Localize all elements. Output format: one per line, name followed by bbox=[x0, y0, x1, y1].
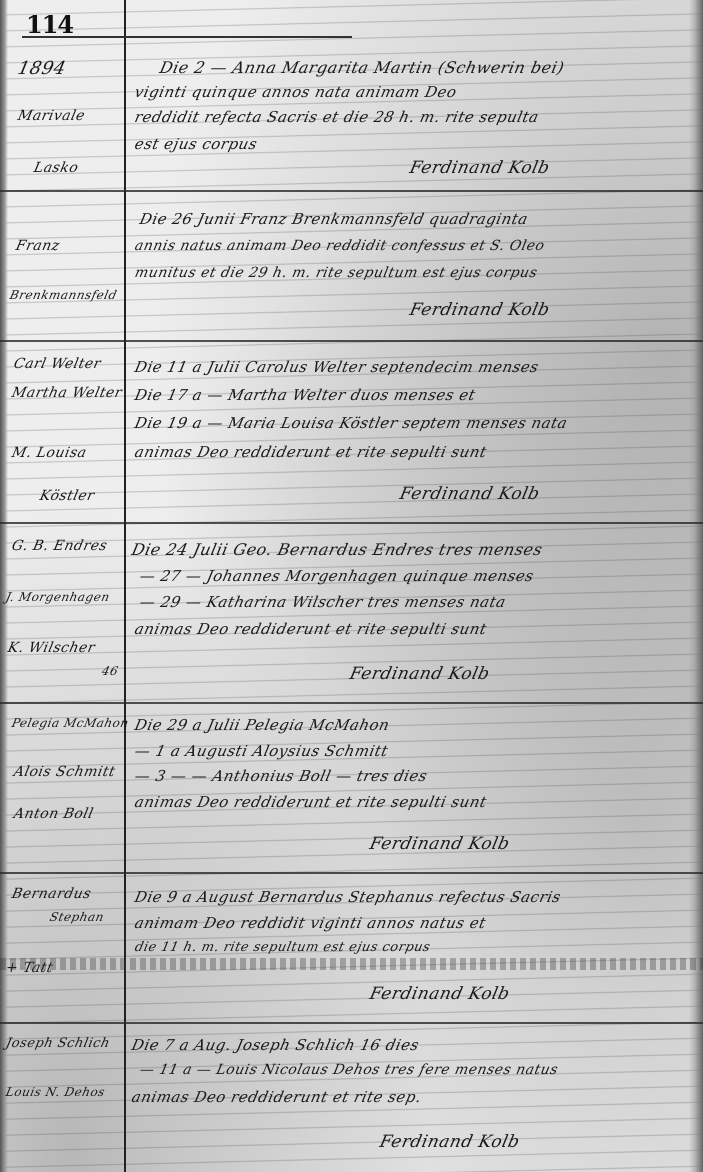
entry-line: — 1 a Augusti Aloysius Schmitt bbox=[133, 742, 390, 760]
entry-line: reddidit refecta Sacris et die 28 h. m. … bbox=[133, 108, 541, 126]
entry-line: Die 24 Julii Geo. Bernardus Endres tres … bbox=[130, 540, 544, 559]
margin-name: Anton Boll bbox=[12, 806, 95, 822]
entry-line: — 3 — — Anthonius Boll — tres dies bbox=[133, 767, 429, 785]
entry-line: Die 2 — Anna Margarita Martin (Schwerin … bbox=[158, 58, 566, 77]
margin-name: M. Louisa bbox=[10, 445, 88, 461]
entry-divider bbox=[0, 190, 703, 192]
entry-divider bbox=[0, 522, 703, 524]
entry-line: animas Deo reddiderunt et rite sep. bbox=[130, 1088, 423, 1106]
margin-name: Joseph Schlich bbox=[4, 1036, 111, 1051]
page-right-shadow bbox=[689, 0, 703, 1172]
priest-signature: Ferdinand Kolb bbox=[368, 984, 512, 1004]
entry-line: Die 7 a Aug. Joseph Schlich 16 dies bbox=[130, 1036, 421, 1054]
priest-signature: Ferdinand Kolb bbox=[368, 834, 512, 854]
entry-line: — 11 a — Louis Nicolaus Dehos tres fere … bbox=[138, 1062, 559, 1078]
margin-name: Carl Welter bbox=[12, 356, 102, 372]
entry-line: Die 29 a Julii Pelegia McMahon bbox=[133, 716, 391, 734]
entry-line: — 29 — Katharina Wilscher tres menses na… bbox=[138, 593, 508, 611]
entry-divider bbox=[0, 1022, 703, 1024]
page-binding-edge bbox=[0, 0, 8, 1172]
entry-line: munitus et die 29 h. m. rite sepultum es… bbox=[133, 265, 539, 281]
priest-signature: Ferdinand Kolb bbox=[408, 158, 552, 178]
entry-line: Die 19 a — Maria Louisa Köstler septem m… bbox=[133, 414, 569, 432]
priest-signature: Ferdinand Kolb bbox=[408, 300, 552, 320]
entry-divider bbox=[0, 702, 703, 704]
header-rule bbox=[22, 36, 352, 38]
entry-line: — 27 — Johannes Morgenhagen quinque mens… bbox=[138, 567, 535, 585]
margin-name: Brenkmannsfeld bbox=[9, 288, 119, 302]
entry-line: Die 17 a — Martha Welter duos menses et bbox=[133, 386, 477, 404]
entry-line: animas Deo reddiderunt et rite sepulti s… bbox=[133, 443, 488, 461]
margin-name: K. Wilscher bbox=[6, 640, 96, 656]
margin-name: Louis N. Dehos bbox=[5, 1085, 107, 1099]
entry-line: animam Deo reddidit viginti annos natus … bbox=[133, 914, 488, 932]
margin-column-rule bbox=[124, 0, 126, 1172]
margin-name: Lasko bbox=[32, 160, 80, 176]
margin-name: Franz bbox=[14, 238, 61, 254]
entry-line: Die 26 Junii Franz Brenkmannsfeld quadra… bbox=[138, 210, 530, 228]
margin-number: 46 bbox=[101, 664, 120, 678]
margin-name: Martha Welter bbox=[10, 385, 123, 401]
entry-divider bbox=[0, 340, 703, 342]
priest-signature: Ferdinand Kolb bbox=[348, 664, 492, 684]
ink-smudge bbox=[0, 958, 703, 970]
entry-line: viginti quinque annos nata animam Deo bbox=[133, 83, 458, 101]
entry-divider bbox=[0, 872, 703, 874]
register-page: 114 1894 Marivale Lasko Die 2 — Anna Mar… bbox=[0, 0, 703, 1172]
entry-line: annis natus animam Deo reddidit confessu… bbox=[133, 238, 546, 254]
page-number: 114 bbox=[26, 10, 73, 39]
entry-line: animas Deo reddiderunt et rite sepulti s… bbox=[133, 793, 488, 811]
margin-name: Pelegia McMahon bbox=[11, 716, 131, 730]
margin-name: Alois Schmitt bbox=[12, 764, 116, 780]
priest-signature: Ferdinand Kolb bbox=[398, 484, 542, 504]
margin-name: G. B. Endres bbox=[10, 538, 109, 554]
entry-line: Die 11 a Julii Carolus Welter septendeci… bbox=[133, 358, 540, 376]
margin-name: Köstler bbox=[38, 488, 96, 504]
margin-name: Bernardus bbox=[10, 886, 92, 902]
entry-line: die 11 h. m. rite sepultum est ejus corp… bbox=[133, 940, 431, 955]
margin-name: Marivale bbox=[16, 108, 86, 124]
entry-line: Die 9 a August Bernardus Stephanus refec… bbox=[133, 888, 563, 906]
entry-line: est ejus corpus bbox=[133, 135, 259, 153]
margin-name: Stephan bbox=[49, 910, 106, 924]
margin-name: J. Morgenhagen bbox=[5, 590, 112, 604]
priest-signature: Ferdinand Kolb bbox=[378, 1132, 522, 1152]
margin-year: 1894 bbox=[16, 58, 68, 79]
entry-line: animas Deo reddiderunt et rite sepulti s… bbox=[133, 620, 488, 638]
